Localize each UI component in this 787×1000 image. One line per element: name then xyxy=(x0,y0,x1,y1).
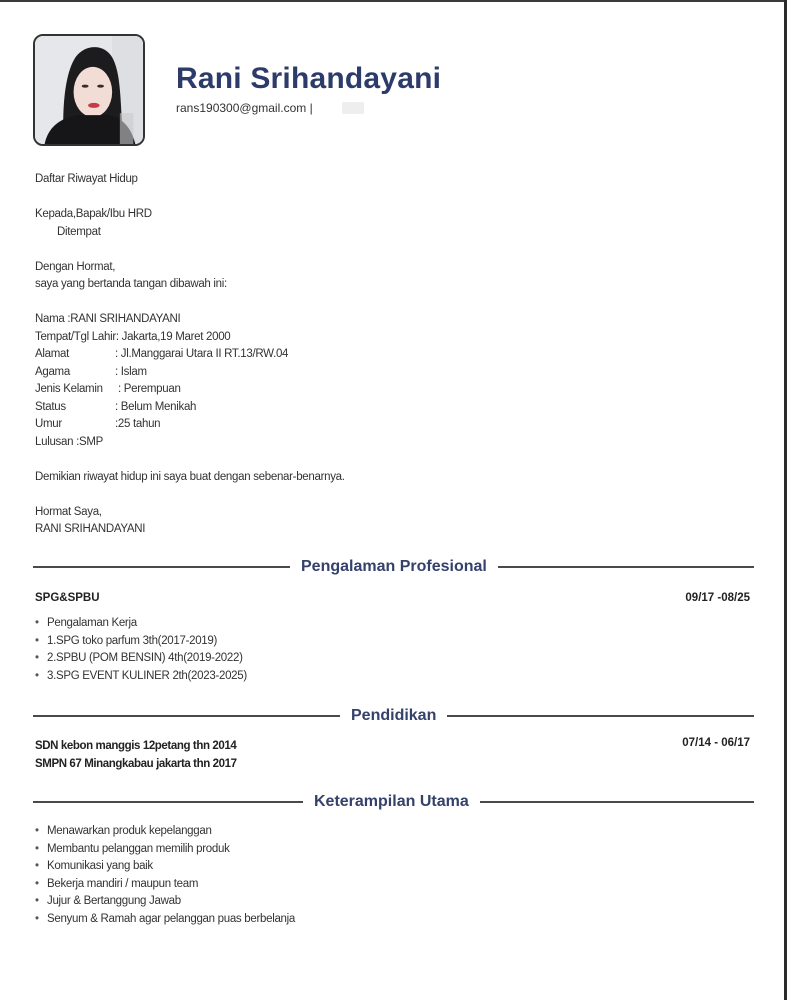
bio-key: Status xyxy=(35,399,115,417)
divider-line xyxy=(33,566,290,568)
bullet-icon: • xyxy=(35,876,47,894)
letter-closing: Demikian riwayat hidup ini saya buat den… xyxy=(35,469,535,487)
divider-line xyxy=(447,715,754,717)
bullet-icon: • xyxy=(35,858,47,876)
education-section-header: Pendidikan xyxy=(33,705,754,727)
list-item: •Senyum & Ramah agar pelanggan puas berb… xyxy=(35,911,295,929)
list-item-text: 2.SPBU (POM BENSIN) 4th(2019-2022) xyxy=(47,650,243,668)
bullet-icon: • xyxy=(35,823,47,841)
list-item: •Jujur & Bertanggung Jawab xyxy=(35,893,295,911)
list-item-text: Menawarkan produk kepelanggan xyxy=(47,823,212,841)
bio-key: Jenis Kelamin xyxy=(35,381,118,399)
section-title: Pendidikan xyxy=(340,707,447,725)
bullet-icon: • xyxy=(35,650,47,668)
letter-recipient-place: Ditempat xyxy=(35,224,535,242)
list-item: •2.SPBU (POM BENSIN) 4th(2019-2022) xyxy=(35,650,247,668)
education-date-range: 07/14 - 06/17 xyxy=(682,737,750,749)
list-item-text: Bekerja mandiri / maupun team xyxy=(47,876,198,894)
bio-key: Alamat xyxy=(35,346,115,364)
cover-letter: Daftar Riwayat Hidup Kepada,Bapak/Ibu HR… xyxy=(35,171,535,539)
list-item: •3.SPG EVENT KULINER 2th(2023-2025) xyxy=(35,668,247,686)
cv-page: Rani Srihandayani rans190300@gmail.com |… xyxy=(0,0,784,1000)
bio-value: : Jl.Manggarai Utara II RT.13/RW.04 xyxy=(115,346,288,364)
list-item-text: 1.SPG toko parfum 3th(2017-2019) xyxy=(47,633,217,651)
divider-line xyxy=(498,566,754,568)
list-item-text: 3.SPG EVENT KULINER 2th(2023-2025) xyxy=(47,668,247,686)
bullet-icon: • xyxy=(35,633,47,651)
bio-alamat: Alamat : Jl.Manggarai Utara II RT.13/RW.… xyxy=(35,346,535,364)
list-item: •Membantu pelanggan memilih produk xyxy=(35,841,295,859)
person-photo-icon xyxy=(35,36,143,144)
list-item: •Menawarkan produk kepelanggan xyxy=(35,823,295,841)
list-item-text: Jujur & Bertanggung Jawab xyxy=(47,893,181,911)
letter-title: Daftar Riwayat Hidup xyxy=(35,171,535,189)
bio-umur: Umur :25 tahun xyxy=(35,416,535,434)
skills-section-header: Keterampilan Utama xyxy=(33,791,754,813)
education-entry: SMPN 67 Minangkabau jakarta thn 2017 xyxy=(35,755,237,773)
bullet-icon: • xyxy=(35,893,47,911)
divider-line xyxy=(33,715,340,717)
job-date-range: 09/17 -08/25 xyxy=(685,592,750,604)
section-title: Pengalaman Profesional xyxy=(290,558,498,576)
bio-status: Status : Belum Menikah xyxy=(35,399,535,417)
list-item-text: Senyum & Ramah agar pelanggan puas berbe… xyxy=(47,911,295,929)
bio-value: : Belum Menikah xyxy=(115,399,196,417)
letter-recipient: Kepada,Bapak/Ibu HRD xyxy=(35,206,535,224)
bio-value: : Perempuan xyxy=(118,381,181,399)
bio-key: Umur xyxy=(35,416,115,434)
skills-list: •Menawarkan produk kepelanggan •Membantu… xyxy=(35,823,295,928)
bullet-icon: • xyxy=(35,668,47,686)
letter-signature: RANI SRIHANDAYANI xyxy=(35,521,535,539)
letter-signoff: Hormat Saya, xyxy=(35,504,535,522)
list-item-text: Komunikasi yang baik xyxy=(47,858,153,876)
email-text: rans190300@gmail.com | xyxy=(176,101,313,115)
candidate-name: Rani Srihandayani xyxy=(176,62,441,96)
bio-nama: Nama :RANI SRIHANDAYANI xyxy=(35,311,535,329)
letter-greeting: Dengan Hormat, xyxy=(35,259,535,277)
experience-section-header: Pengalaman Profesional xyxy=(33,556,754,578)
list-item: •Pengalaman Kerja xyxy=(35,615,247,633)
job-title: SPG&SPBU xyxy=(35,592,100,604)
list-item-text: Pengalaman Kerja xyxy=(47,615,137,633)
bio-value: : Islam xyxy=(115,364,147,382)
redacted-phone xyxy=(342,102,364,114)
list-item: •Komunikasi yang baik xyxy=(35,858,295,876)
list-item-text: Membantu pelanggan memilih produk xyxy=(47,841,230,859)
profile-photo xyxy=(33,34,145,146)
education-entries: SDN kebon manggis 12petang thn 2014 SMPN… xyxy=(35,737,237,773)
bio-jenis-kelamin: Jenis Kelamin : Perempuan xyxy=(35,381,535,399)
bio-lulusan: Lulusan :SMP xyxy=(35,434,535,452)
bullet-icon: • xyxy=(35,841,47,859)
letter-intro: saya yang bertanda tangan dibawah ini: xyxy=(35,276,535,294)
bio-ttl: Tempat/Tgl Lahir: Jakarta,19 Maret 2000 xyxy=(35,329,535,347)
list-item: •1.SPG toko parfum 3th(2017-2019) xyxy=(35,633,247,651)
experience-list: •Pengalaman Kerja •1.SPG toko parfum 3th… xyxy=(35,615,247,685)
bio-value: :25 tahun xyxy=(115,416,160,434)
divider-line xyxy=(480,801,754,803)
list-item: •Bekerja mandiri / maupun team xyxy=(35,876,295,894)
bio-key: Agama xyxy=(35,364,115,382)
bullet-icon: • xyxy=(35,911,47,929)
bullet-icon: • xyxy=(35,615,47,633)
bio-agama: Agama : Islam xyxy=(35,364,535,382)
section-title: Keterampilan Utama xyxy=(303,793,480,811)
divider-line xyxy=(33,801,303,803)
education-entry: SDN kebon manggis 12petang thn 2014 xyxy=(35,737,237,755)
